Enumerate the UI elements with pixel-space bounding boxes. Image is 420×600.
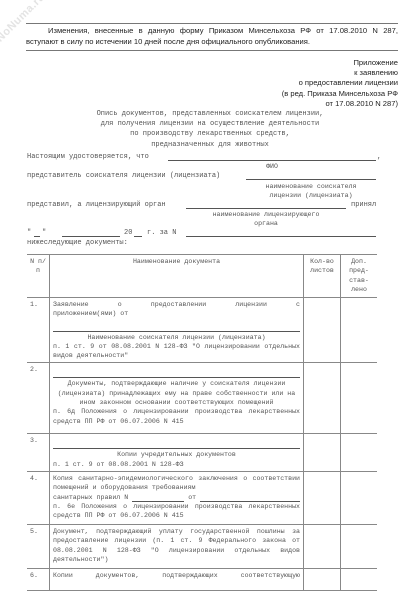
header-additionally-provided: Доп. пред- став- лено — [341, 255, 378, 298]
additional-cell[interactable] — [341, 363, 378, 434]
date-quote-close: " — [42, 229, 46, 238]
authority-name-field[interactable] — [186, 208, 346, 209]
appendix-header: Приложение к заявлению о предоставлении … — [282, 58, 398, 109]
row-basis: п. 6д Положения о лицензировании произво… — [53, 407, 300, 426]
sheet-count-cell[interactable] — [304, 434, 341, 472]
date-quote-open: " — [27, 229, 31, 238]
table-row: 5. Документ, подтверждающий уплату госуд… — [27, 525, 377, 569]
row-text: Копии документов, подтверждающих соответ… — [53, 571, 300, 580]
document-title: Опись документов, представленных соискат… — [40, 109, 380, 150]
applicant-name-blank[interactable] — [53, 321, 300, 332]
amendment-notice: Изменения, внесенные в данную форму Прик… — [26, 23, 398, 51]
representative-label: представитель соискателя лицензии (лицен… — [27, 172, 220, 181]
appendix-line: от 17.08.2010 N 287) — [282, 99, 398, 109]
year-field[interactable] — [134, 236, 142, 237]
additional-cell[interactable] — [341, 434, 378, 472]
documents-table: N п/п Наименование документа Кол-во лист… — [27, 254, 377, 591]
row-basis: п. 1 ст. 9 от 08.08.2001 N 128-ФЗ — [53, 460, 300, 469]
caption-line: наименование лицензирующего — [186, 210, 346, 219]
title-line: для получения лицензии на осуществление … — [40, 119, 380, 129]
additional-cell[interactable] — [341, 525, 378, 569]
from-label: от — [188, 493, 196, 502]
row-text: Копия санитарно-эпидемиологического закл… — [53, 474, 300, 493]
row-document: Документы, подтверждающие наличие у соис… — [50, 363, 304, 434]
row-document: Заявление о предоставлении лицензии с пр… — [50, 298, 304, 363]
row-caption: Наименование соискателя лицензии (лиценз… — [53, 333, 300, 342]
row-document: Копии учредительных документов п. 1 ст. … — [50, 434, 304, 472]
year-prefix: 20 — [124, 229, 132, 238]
table-row: 3. Копии учредительных документов п. 1 с… — [27, 434, 377, 472]
submitted-label: представил, а лицензирующий орган — [27, 201, 166, 210]
row-num: 3. — [27, 434, 50, 472]
table-header-row: N п/п Наименование документа Кол-во лист… — [27, 255, 377, 298]
caption-line: наименование соискателя — [246, 182, 376, 191]
month-field[interactable] — [62, 236, 120, 237]
day-field[interactable] — [34, 236, 40, 237]
sanitary-rules-date-field[interactable] — [200, 494, 300, 502]
row-basis: п. 6е Положения о лицензировании произво… — [53, 502, 300, 521]
row-caption: Документы, подтверждающие наличие у соис… — [53, 379, 300, 407]
sheet-count-cell[interactable] — [304, 472, 341, 525]
additional-cell[interactable] — [341, 569, 378, 591]
additional-cell[interactable] — [341, 472, 378, 525]
sanitary-rules-number-field[interactable] — [132, 494, 184, 502]
registration-number-field[interactable] — [186, 236, 376, 237]
table-row: 2. Документы, подтверждающие наличие у с… — [27, 363, 377, 434]
accepted-label: принял — [351, 201, 376, 210]
comma: , — [377, 153, 381, 162]
sheet-count-cell[interactable] — [304, 525, 341, 569]
row-num: 1. — [27, 298, 50, 363]
table-row: 1. Заявление о предоставлении лицензии с… — [27, 298, 377, 363]
row-document: Копии документов, подтверждающих соответ… — [50, 569, 304, 591]
row-text: Документ, подтверждающий уплату государс… — [53, 527, 300, 564]
appendix-line: к заявлению — [282, 68, 398, 78]
document-blank[interactable] — [53, 438, 300, 449]
caption-line: органа — [186, 219, 346, 228]
document-blank[interactable] — [53, 367, 300, 378]
row-num: 5. — [27, 525, 50, 569]
fio-field[interactable] — [168, 160, 376, 161]
authority-caption: наименование лицензирующего органа — [186, 210, 346, 228]
row-num: 4. — [27, 472, 50, 525]
applicant-caption: наименование соискателя лицензии (лиценз… — [246, 182, 376, 200]
row-num: 6. — [27, 569, 50, 591]
row-text-line: приложением(ями) от — [53, 309, 300, 318]
title-line: Опись документов, представленных соискат… — [40, 109, 380, 119]
row-caption: Копии учредительных документов — [53, 450, 300, 459]
table-row: 6. Копии документов, подтверждающих соот… — [27, 569, 377, 591]
number-label: г. за N — [147, 229, 176, 238]
appendix-line: (в ред. Приказа Минсельхоза РФ — [282, 89, 398, 99]
row-num: 2. — [27, 363, 50, 434]
header-sheet-count: Кол-во листов — [304, 255, 341, 298]
row-document: Документ, подтверждающий уплату государс… — [50, 525, 304, 569]
row-basis: п. 1 ст. 9 от 08.08.2001 N 128-ФЗ "О лиц… — [53, 342, 300, 361]
table-row: 4. Копия санитарно-эпидемиологического з… — [27, 472, 377, 525]
caption-line: лицензии (лицензиата) — [246, 191, 376, 200]
sanitary-rules-label: санитарных правил N — [53, 493, 128, 502]
additional-cell[interactable] — [341, 298, 378, 363]
certify-label: Настоящим удостоверяется, что — [27, 153, 149, 162]
applicant-name-field[interactable] — [246, 179, 376, 180]
header-num: N п/п — [27, 255, 50, 298]
sanitary-rules-line: санитарных правил N от — [53, 493, 300, 502]
row-document: Копия санитарно-эпидемиологического закл… — [50, 472, 304, 525]
appendix-line: о предоставлении лицензии — [282, 78, 398, 88]
following-docs-label: нижеследующие документы: — [27, 239, 128, 248]
title-line: предназначенных для животных — [40, 140, 380, 150]
appendix-line: Приложение — [282, 58, 398, 68]
row-text-line: Заявление о предоставлении лицензии с — [53, 300, 300, 309]
sheet-count-cell[interactable] — [304, 569, 341, 591]
fio-caption: ФИО — [168, 162, 376, 171]
notice-line-1: Изменения, внесенные в данную форму Прик… — [26, 26, 398, 37]
sheet-count-cell[interactable] — [304, 298, 341, 363]
sheet-count-cell[interactable] — [304, 363, 341, 434]
header-document-name: Наименование документа — [50, 255, 304, 298]
title-line: по производству лекарственных средств, — [40, 129, 380, 139]
notice-line-2: вступают в силу по истечении 10 дней пос… — [26, 37, 398, 48]
